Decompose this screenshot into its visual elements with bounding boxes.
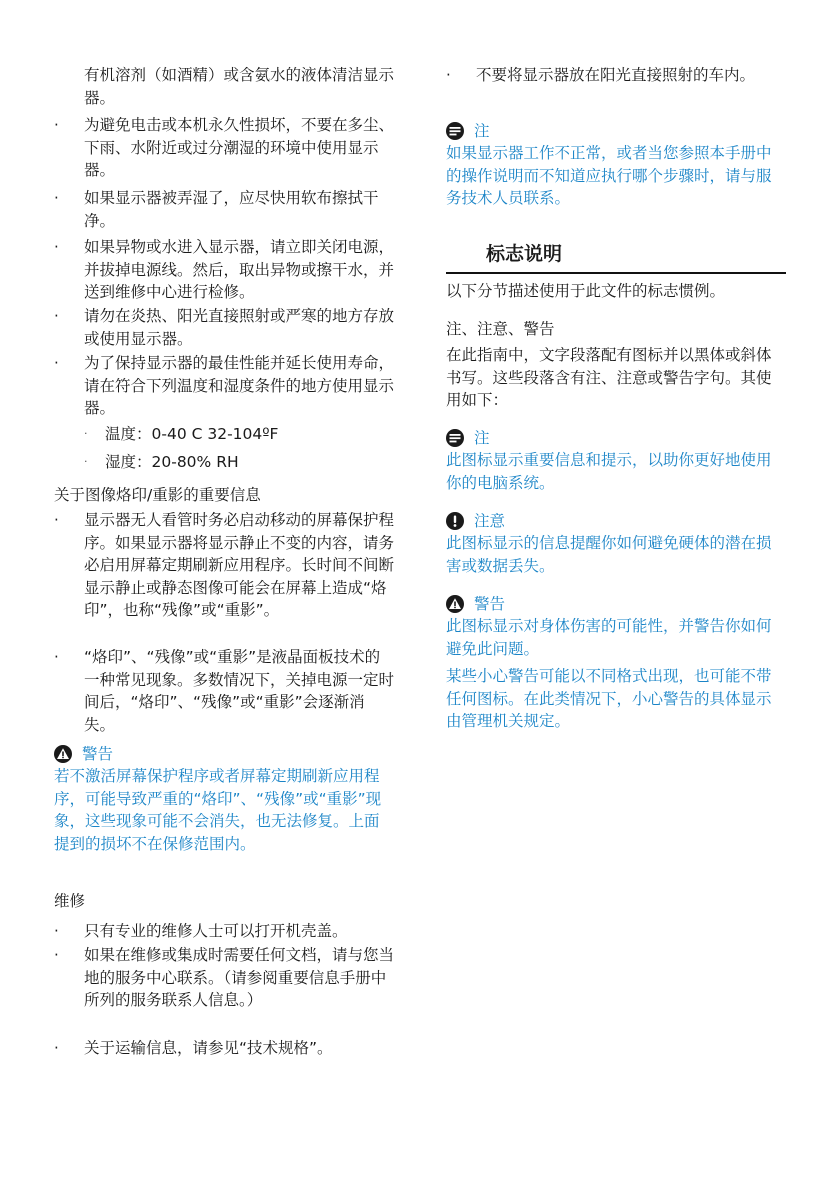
bullet-icon: · [446, 64, 456, 87]
bullet-icon: · [84, 423, 94, 446]
note-text: 如果显示器工作不正常，或者当您参照本手册中的操作说明而不知道应执行哪个步骤时，请… [446, 142, 786, 210]
section-title: 标志说明 [446, 241, 786, 267]
bullet-icon: · [54, 305, 64, 328]
section-description: 在此指南中，文字段落配有图标并以黑体或斜体书写。这些段落含有注、注意或警告字句。… [446, 344, 786, 412]
list-item: · 为避免电击或本机永久性损坏，不要在多尘、下雨、水附近或过分潮湿的环境中使用显… [54, 114, 394, 182]
bullet-icon: · [54, 509, 64, 532]
warning-triangle-icon [54, 745, 72, 763]
caution-label: 注意 [474, 510, 505, 532]
caution-exclamation-icon [446, 512, 464, 530]
section-subheading: 注、注意、警告 [446, 318, 786, 341]
note-label: 注 [474, 120, 490, 142]
footnote: 某些小心警告可能以不同格式出现，也可能不带任何图标。在此类情况下，小心警告的具体… [446, 665, 786, 733]
warning-triangle-icon [446, 595, 464, 613]
warning-callout: 警告 若不激活屏幕保护程序或者屏幕定期刷新应用程序，可能导致严重的“烙印”、“残… [54, 743, 394, 855]
bullet-icon: · [54, 944, 64, 967]
list-item: · 如果异物或水进入显示器，请立即关闭电源，并拔掉电源线。然后，取出异物或擦干水… [54, 236, 394, 304]
warning-text: 此图标显示对身体伤害的可能性，并警告你如何避免此问题。 [446, 615, 786, 660]
list-item: · 请勿在炎热、阳光直接照射或严寒的地方存放或使用显示器。 [54, 305, 394, 350]
bullet-icon: · [54, 1037, 64, 1060]
note-text: 此图标显示重要信息和提示，以助你更好地使用你的电脑系统。 [446, 449, 786, 494]
list-item: · 不要将显示器放在阳光直接照射的车内。 [446, 64, 786, 87]
list-item: · 关于运输信息，请参见“技术规格”。 [54, 1037, 394, 1060]
warning-label: 警告 [474, 593, 505, 615]
burn-in-heading: 关于图像烙印/重影的重要信息 [54, 484, 394, 507]
bullet-icon: · [54, 187, 64, 210]
note-callout: 注 此图标显示重要信息和提示，以助你更好地使用你的电脑系统。 [446, 427, 786, 494]
bullet-icon: · [84, 451, 94, 474]
bullet-icon: · [54, 114, 64, 137]
caution-text: 此图标显示的信息提醒你如何避免硬体的潜在损害或数据丢失。 [446, 532, 786, 577]
list-item: · 显示器无人看管时务必启动移动的屏幕保护程序。如果显示器将显示静止不变的内容，… [54, 509, 394, 622]
list-item: · 为了保持显示器的最佳性能并延长使用寿命，请在符合下列温度和湿度条件的地方使用… [54, 352, 394, 420]
warning-callout: 警告 此图标显示对身体伤害的可能性，并警告你如何避免此问题。 [446, 593, 786, 660]
service-heading: 维修 [54, 890, 394, 913]
warning-text: 若不激活屏幕保护程序或者屏幕定期刷新应用程序，可能导致严重的“烙印”、“残像”或… [54, 765, 394, 855]
bullet-icon: · [54, 352, 64, 375]
bullet-icon: · [54, 920, 64, 943]
sub-list-item-humidity: · 湿度：20-80% RH [54, 451, 394, 474]
section-intro: 以下分节描述使用于此文件的标志惯例。 [446, 280, 786, 303]
caution-callout: 注意 此图标显示的信息提醒你如何避免硬体的潜在损害或数据丢失。 [446, 510, 786, 577]
bullet-icon: · [54, 236, 64, 259]
list-item: · 如果显示器被弄湿了，应尽快用软布擦拭干净。 [54, 187, 394, 232]
intro-continuation: 有机溶剂（如酒精）或含氨水的液体清洁显示器。 [54, 64, 394, 109]
bullet-icon: · [54, 646, 64, 669]
note-label: 注 [474, 427, 490, 449]
note-callout-top: 注 如果显示器工作不正常，或者当您参照本手册中的操作说明而不知道应执行哪个步骤时… [446, 120, 786, 210]
list-item: · 只有专业的维修人士可以打开机壳盖。 [54, 920, 394, 943]
list-item: · “烙印”、“残像”或“重影”是液晶面板技术的一种常见现象。多数情况下，关掉电… [54, 646, 394, 736]
sub-list-item-temperature: · 温度：0-40 C 32-104ºF [54, 423, 394, 446]
warning-label: 警告 [82, 743, 113, 765]
note-icon [446, 429, 464, 447]
list-item: · 如果在维修或集成时需要任何文档，请与您当地的服务中心联系。（请参阅重要信息手… [54, 944, 394, 1012]
section-divider [446, 272, 786, 274]
note-icon [446, 122, 464, 140]
